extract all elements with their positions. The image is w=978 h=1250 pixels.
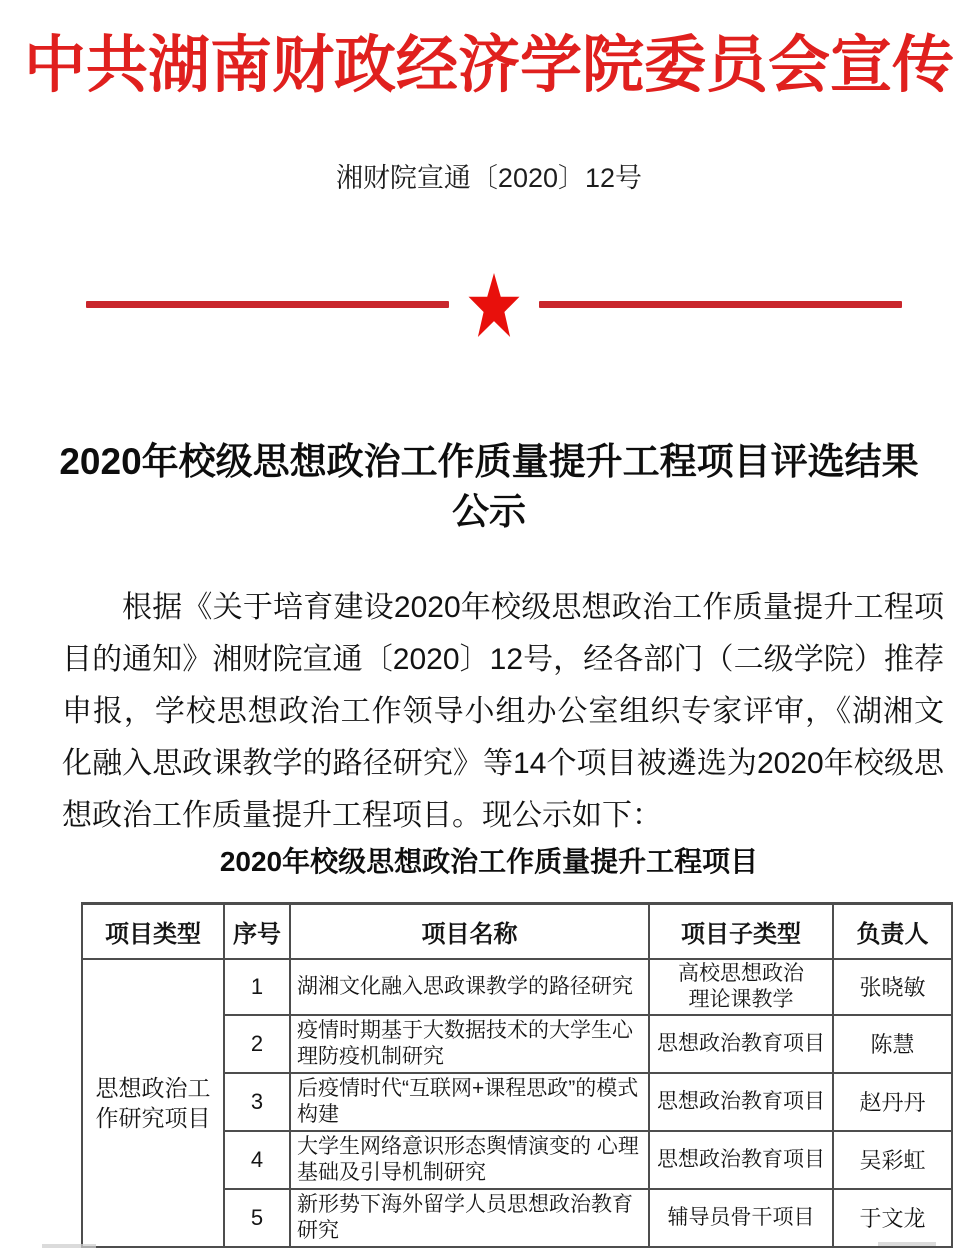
serial-cell: 2: [224, 1015, 290, 1073]
col-header-project-type: 项目类型: [82, 904, 224, 959]
notice-body-paragraph: 根据《关于培育建设2020年校级思想政治工作质量提升工程项目的通知》湘财院宣通〔…: [62, 582, 944, 842]
subtype-cell: 思想政治教育项目: [649, 1073, 833, 1131]
projects-table: 项目类型 序号 项目名称 项目子类型 负责人 思想政治工作研究项目 1 湖湘文化…: [81, 902, 953, 1248]
notice-title-line1: 2020年校级思想政治工作质量提升工程项目评选结果: [0, 437, 978, 487]
red-star-icon: [468, 273, 520, 339]
col-header-project-subtype: 项目子类型: [649, 904, 833, 959]
project-name-cell: 湖湘文化融入思政课教学的路径研究: [290, 959, 649, 1015]
project-name-cell: 大学生网络意识形态舆情演变的 心理基础及引导机制研究: [290, 1131, 649, 1189]
serial-cell: 5: [224, 1189, 290, 1247]
table-header-row: 项目类型 序号 项目名称 项目子类型 负责人: [82, 904, 952, 959]
serial-cell: 3: [224, 1073, 290, 1131]
col-header-serial-number: 序号: [224, 904, 290, 959]
project-name-cell: 疫情时期基于大数据技术的大学生心理防疫机制研究: [290, 1015, 649, 1073]
notice-title: 2020年校级思想政治工作质量提升工程项目评选结果 公示: [0, 437, 978, 537]
col-header-project-name: 项目名称: [290, 904, 649, 959]
subtype-cell: 辅导员骨干项目: [649, 1189, 833, 1247]
col-header-leader: 负责人: [833, 904, 952, 959]
leader-cell: 于文龙: [833, 1189, 952, 1247]
letterhead-org-title: 中共湖南财政经济学院委员会宣传: [0, 20, 978, 112]
serial-cell: 4: [224, 1131, 290, 1189]
projects-table-caption: 2020年校级思想政治工作质量提升工程项目: [0, 845, 978, 879]
subtype-cell: 高校思想政治 理论课教学: [649, 959, 833, 1015]
notice-title-line2: 公示: [0, 487, 978, 537]
page-edge-artifact-right: [878, 1242, 936, 1246]
leader-cell: 赵丹丹: [833, 1073, 952, 1131]
leader-cell: 陈慧: [833, 1015, 952, 1073]
letterhead-divider: [86, 268, 902, 340]
document-number: 湘财院宣通〔2020〕12号: [0, 160, 978, 196]
divider-line-right: [539, 301, 902, 308]
notice-document-page: 中共湖南财政经济学院委员会宣传 湘财院宣通〔2020〕12号 2020年校级思想…: [0, 0, 978, 1250]
project-name-cell: 后疫情时代“互联网+课程思政”的模式构建: [290, 1073, 649, 1131]
subtype-cell: 思想政治教育项目: [649, 1015, 833, 1073]
page-edge-artifact-left: [42, 1244, 96, 1248]
leader-cell: 张晓敏: [833, 959, 952, 1015]
subtype-cell: 思想政治教育项目: [649, 1131, 833, 1189]
leader-cell: 吴彩虹: [833, 1131, 952, 1189]
project-name-cell: 新形势下海外留学人员思想政治教育研究: [290, 1189, 649, 1247]
project-category-cell: 思想政治工作研究项目: [82, 959, 224, 1247]
serial-cell: 1: [224, 959, 290, 1015]
table-row: 思想政治工作研究项目 1 湖湘文化融入思政课教学的路径研究 高校思想政治 理论课…: [82, 959, 952, 1015]
divider-line-left: [86, 301, 449, 308]
